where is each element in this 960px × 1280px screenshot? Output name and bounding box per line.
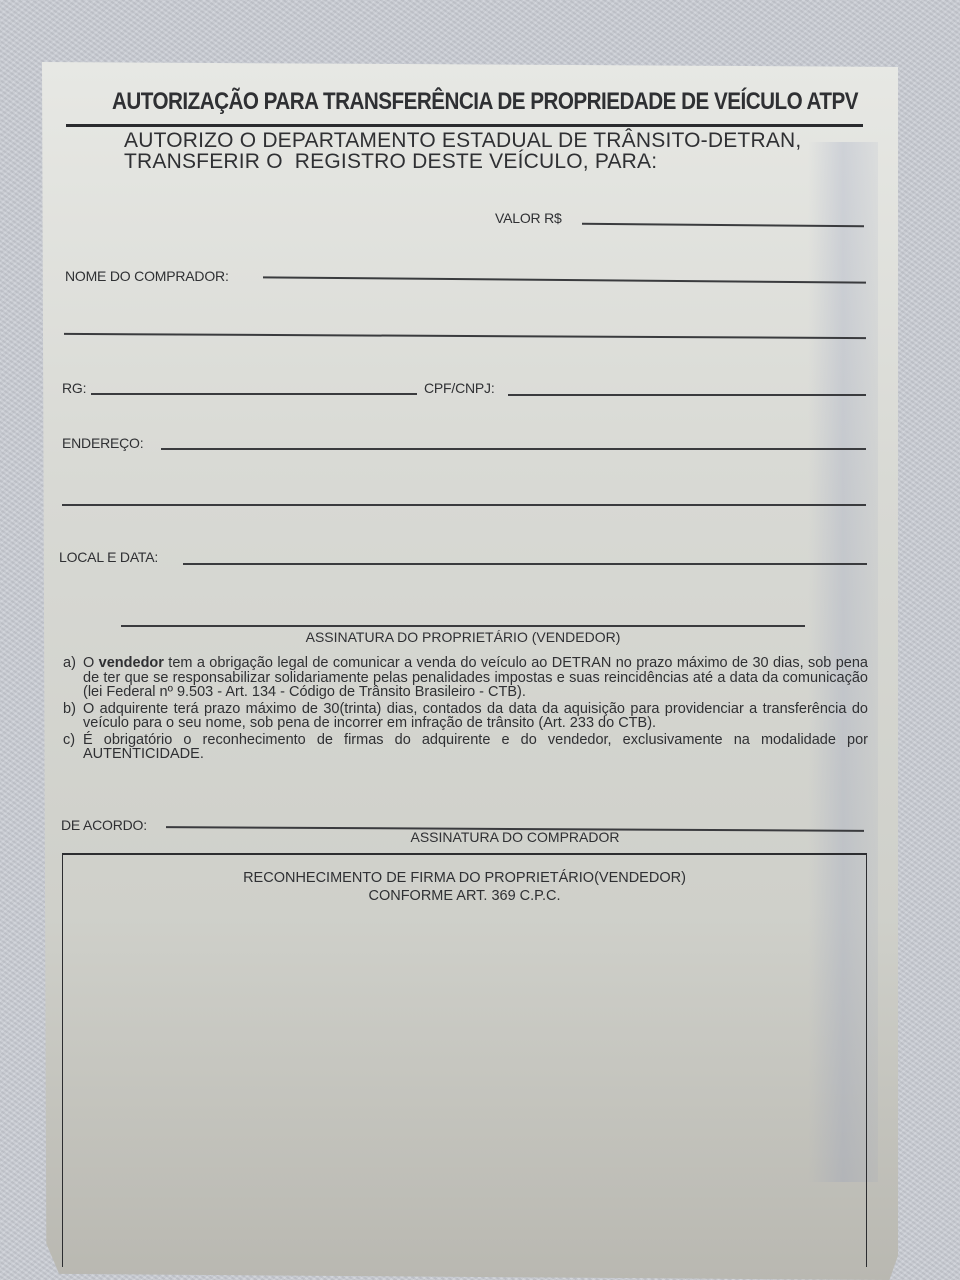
title-divider (66, 124, 863, 127)
subtitle-line-2: TRANSFERIR O REGISTRO DESTE VEÍCULO, PAR… (124, 150, 657, 173)
form-title: AUTORIZAÇÃO PARA TRANSFERÊNCIA DE PROPRI… (112, 88, 766, 116)
rg-field[interactable] (91, 393, 417, 395)
subtitle-line-1: AUTORIZO O DEPARTAMENTO ESTADUAL DE TRÂN… (124, 129, 801, 152)
endereco-field[interactable] (161, 448, 866, 450)
local-data-field[interactable] (183, 563, 867, 565)
note-c: c) É obrigatório o reconhecimento de fir… (63, 733, 868, 762)
comprador-signature-caption: ASSINATURA DO COMPRADOR (166, 829, 864, 845)
vendedor-signature-line[interactable] (121, 625, 805, 627)
valor-label: VALOR R$ (495, 210, 562, 226)
note-a: a) O vendedor tem a obrigação legal de c… (63, 656, 868, 700)
notary-title-line-2: CONFORME ART. 369 C.P.C. (63, 887, 866, 905)
note-b: b) O adquirente terá prazo máximo de 30(… (63, 702, 868, 731)
notary-title-line-1: RECONHECIMENTO DE FIRMA DO PROPRIETÁRIO(… (63, 869, 866, 887)
note-marker: a) (63, 656, 83, 700)
form-subtitle: AUTORIZO O DEPARTAMENTO ESTADUAL DE TRÂN… (124, 130, 801, 172)
note-marker: c) (63, 733, 83, 762)
de-acordo-label: DE ACORDO: (61, 817, 147, 833)
endereco-field-line-2[interactable] (62, 504, 866, 506)
note-marker: b) (63, 702, 83, 731)
endereco-label: ENDEREÇO: (62, 435, 143, 451)
rg-label: RG: (62, 380, 86, 396)
notary-recognition-box[interactable]: RECONHECIMENTO DE FIRMA DO PROPRIETÁRIO(… (62, 853, 867, 1267)
nome-comprador-label: NOME DO COMPRADOR: (65, 268, 229, 284)
notary-box-title: RECONHECIMENTO DE FIRMA DO PROPRIETÁRIO(… (63, 869, 866, 905)
legal-notes: a) O vendedor tem a obrigação legal de c… (63, 656, 868, 764)
vendedor-signature-caption: ASSINATURA DO PROPRIETÁRIO (VENDEDOR) (121, 629, 805, 645)
cpf-cnpj-label: CPF/CNPJ: (424, 380, 495, 396)
local-data-label: LOCAL E DATA: (59, 549, 158, 565)
cpf-cnpj-field[interactable] (508, 394, 866, 396)
